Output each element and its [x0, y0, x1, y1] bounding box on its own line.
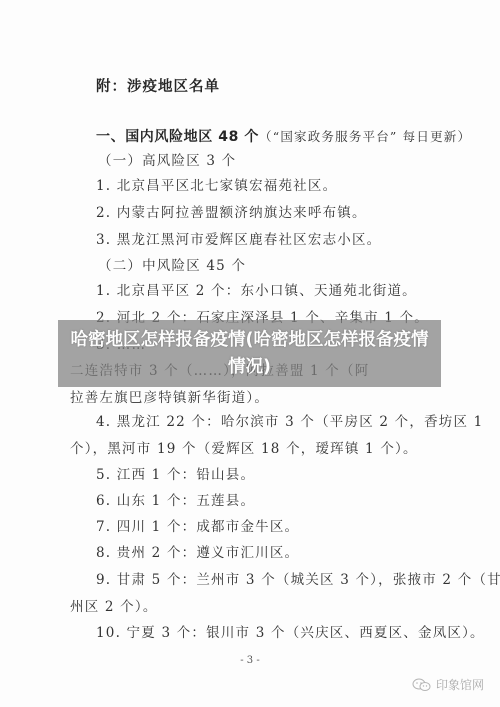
title-banner: 哈密地区怎样报备疫情(哈密地区怎样报备疫情情况): [58, 320, 441, 387]
list-item: 7. 四川 1 个：成都市金牛区。: [96, 518, 299, 536]
list-item: 8. 贵州 2 个：遵义市汇川区。: [96, 544, 299, 562]
list-item: 2. 内蒙古阿拉善盟额济纳旗达来呼布镇。: [96, 204, 367, 222]
list-item: 5. 江西 1 个：铅山县。: [96, 466, 255, 484]
watermark-text: 印象馆网: [436, 676, 484, 693]
section-heading-note: （“国家政务服务平台” 每日更新）: [259, 129, 471, 144]
list-item: 9. 甘肃 5 个：兰州市 3 个（城关区 3 个），张掖市 2 个（甘: [96, 571, 500, 589]
banner-title: 哈密地区怎样报备疫情(哈密地区怎样报备疫情情况): [58, 327, 441, 381]
high-risk-heading: （一）高风险区 3 个: [98, 152, 236, 170]
section-heading-text: 一、国内风险地区 48 个: [96, 129, 259, 145]
section-heading: 一、国内风险地区 48 个（“国家政务服务平台” 每日更新）: [96, 128, 471, 146]
page-number: - 3 -: [0, 655, 500, 666]
list-item: 4. 黑龙江 22 个：哈尔滨市 3 个（平房区 2 个，香坊区 1: [96, 413, 483, 431]
medium-risk-heading: （二）中风险区 45 个: [98, 257, 246, 275]
list-item: 拉善左旗巴彦特镇新华街道）。: [70, 389, 269, 407]
list-item: 1. 北京昌平区 2 个：东小口镇、天通苑北街道。: [96, 282, 417, 300]
document-title: 附：涉疫地区名单: [96, 78, 220, 96]
list-item: 州区 2 个）。: [70, 598, 158, 616]
list-item: 个），黑河市 19 个（爱辉区 18 个，瑷珲镇 1 个）。: [70, 440, 418, 458]
list-item: 1. 北京昌平区北七家镇宏福苑社区。: [96, 177, 337, 195]
document-page: 附：涉疫地区名单 一、国内风险地区 48 个（“国家政务服务平台” 每日更新） …: [0, 0, 500, 707]
list-item: 10. 宁夏 3 个：银川市 3 个（兴庆区、西夏区、金凤区）。: [96, 624, 485, 642]
list-item: 3. 黑龙江黑河市爱辉区鹿春社区宏志小区。: [96, 231, 381, 249]
watermark: 印象馆网: [412, 676, 484, 693]
list-item: 6. 山东 1 个：五莲县。: [96, 492, 255, 510]
wechat-icon: [412, 678, 432, 692]
